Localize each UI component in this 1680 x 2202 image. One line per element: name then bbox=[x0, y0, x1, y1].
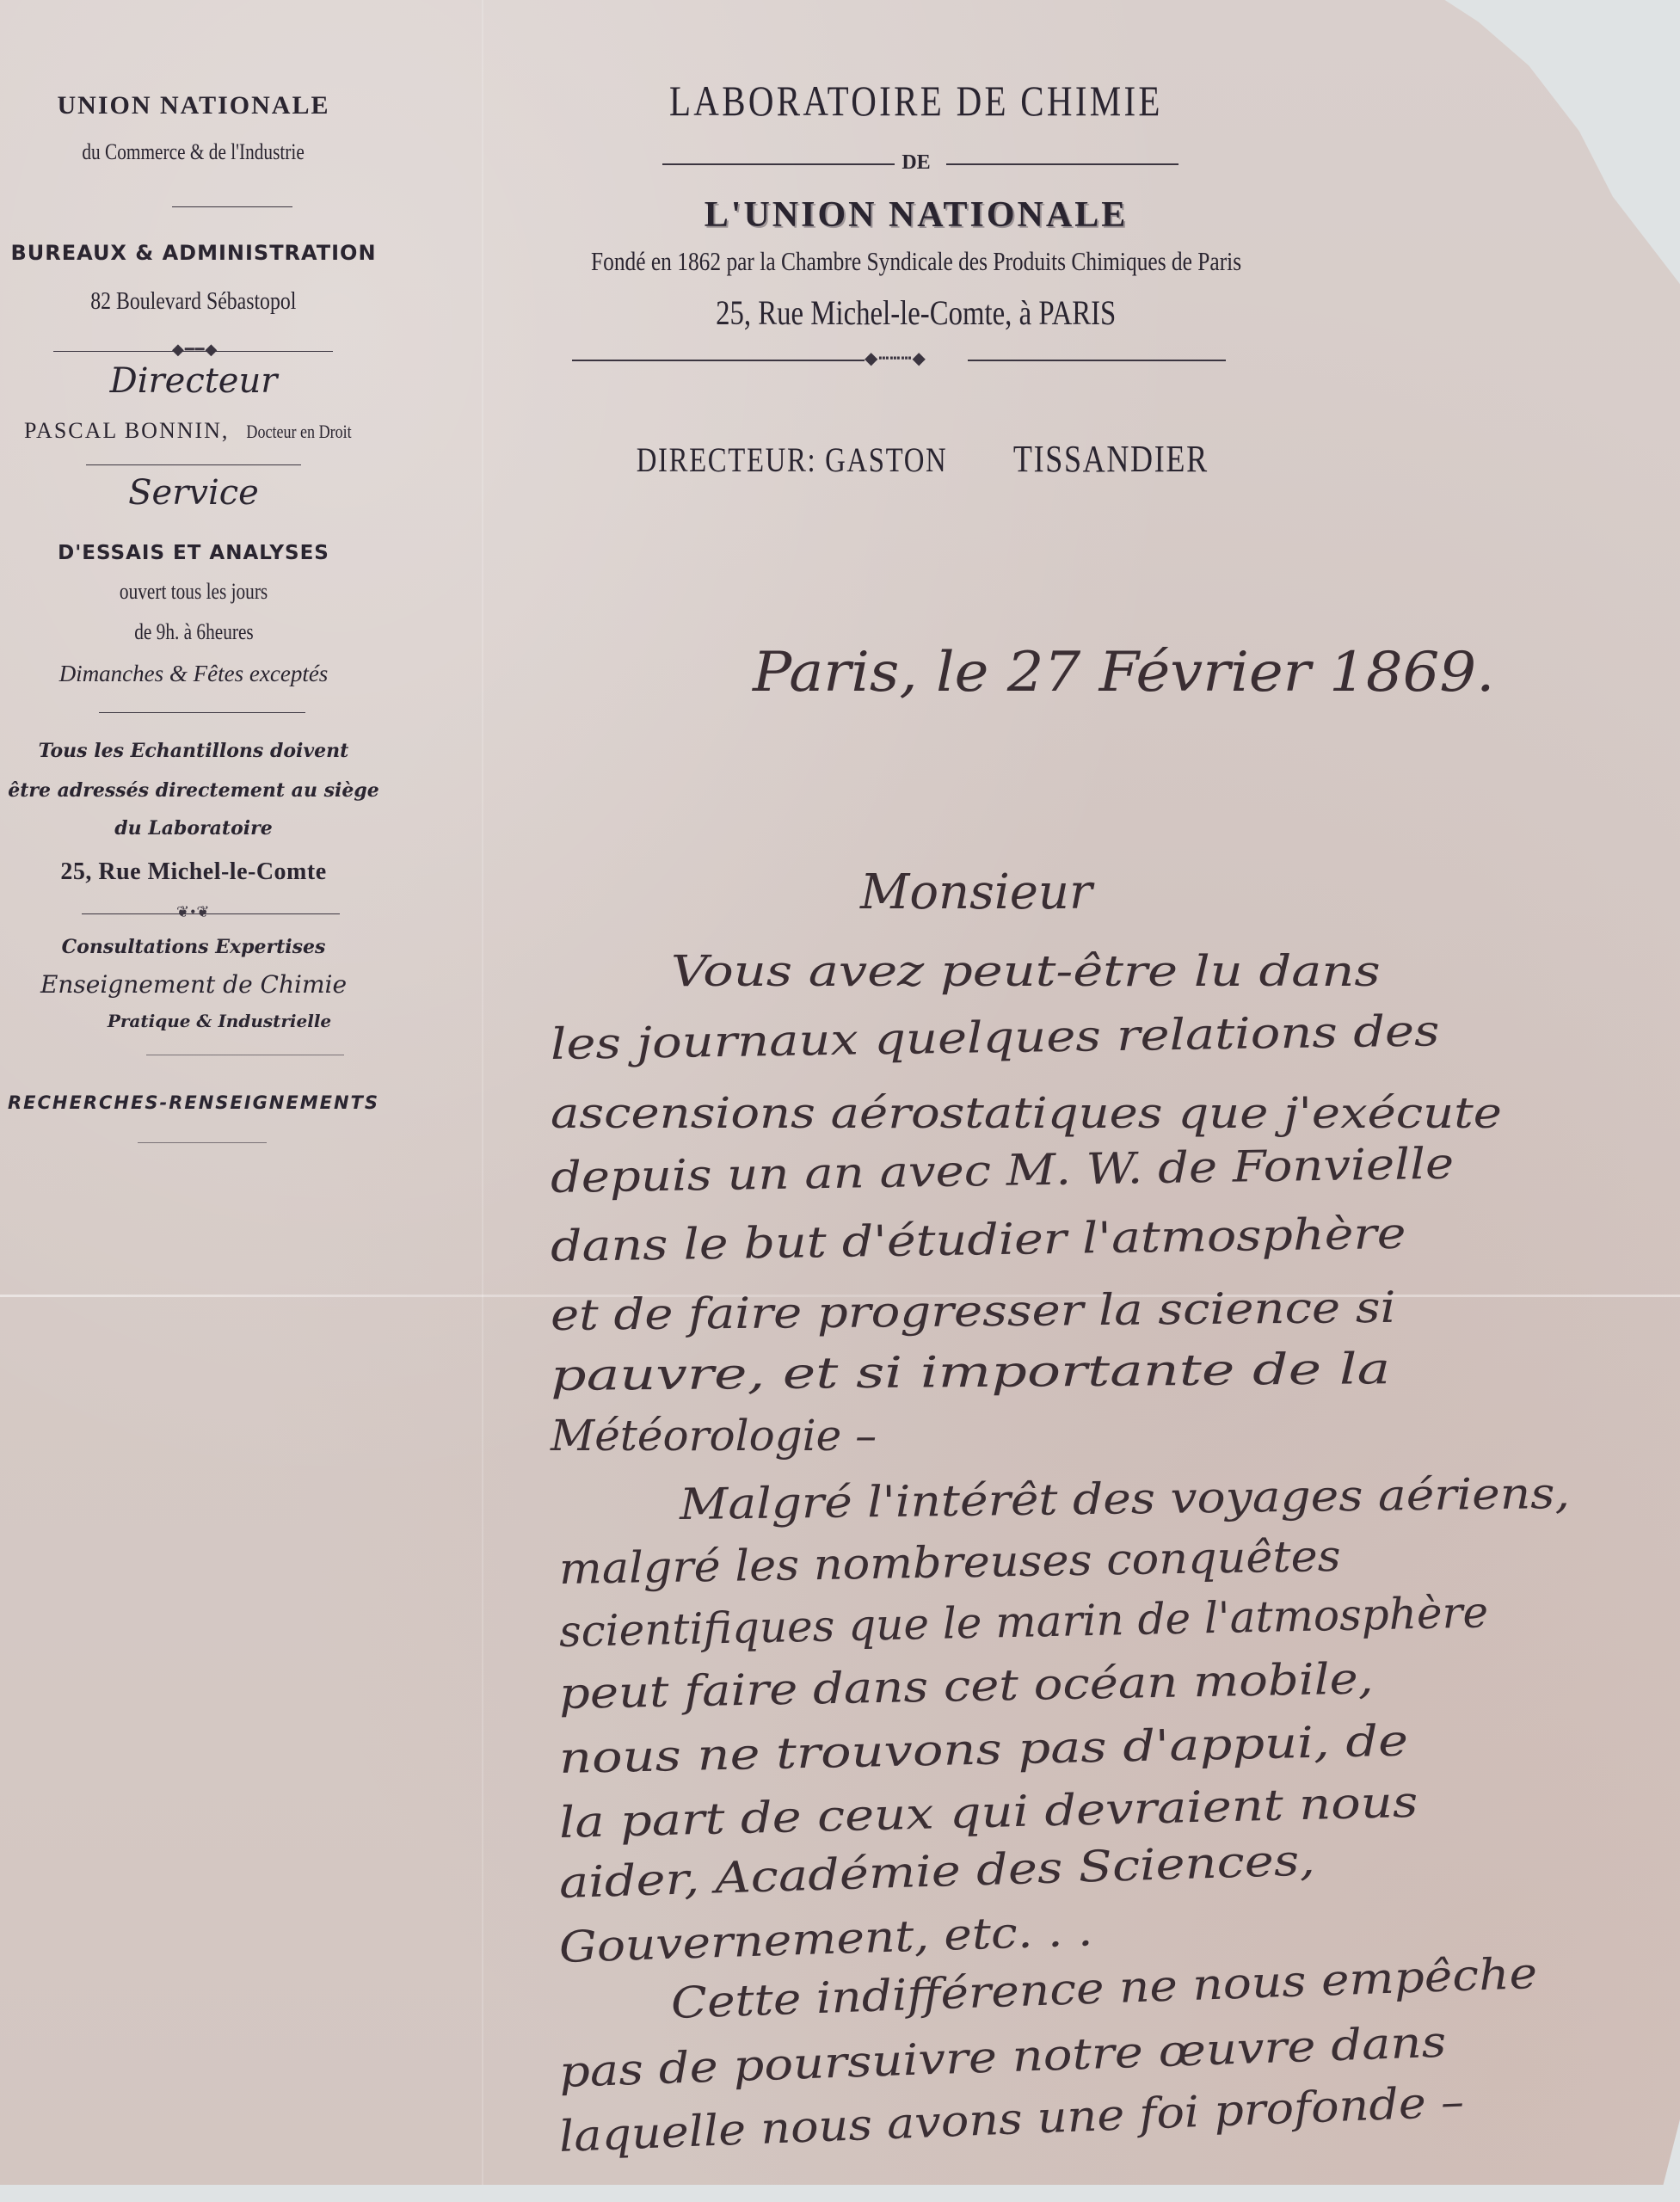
org-title: L'UNION NATIONALE bbox=[482, 194, 1351, 236]
divider bbox=[86, 464, 301, 465]
divider bbox=[172, 206, 292, 207]
hours-line-1: ouvert tous les jours bbox=[0, 579, 387, 605]
letter-line: peut faire dans cet océan mobile, bbox=[558, 1653, 1374, 1719]
research-line: RECHERCHES-RENSEIGNEMENTS bbox=[0, 1092, 387, 1113]
letter-line: les journaux quelques relations des bbox=[550, 1006, 1440, 1069]
salutation: Monsieur bbox=[860, 864, 1092, 920]
divider bbox=[99, 712, 305, 713]
offices-heading: BUREAUX & ADMINISTRATION bbox=[0, 241, 387, 265]
dateline: Paris, le 27 Février 1869. bbox=[753, 641, 1495, 704]
director-line: PASCAL BONNIN, Docteur en Droit bbox=[0, 418, 387, 444]
letter-line: Gouvernement, etc. . . bbox=[558, 1905, 1093, 1972]
samples-line-1: Tous les Echantillons doivent bbox=[0, 740, 387, 762]
lab-address: 25, Rue Michel-le-Comte bbox=[0, 858, 387, 886]
divider bbox=[82, 913, 340, 914]
letter-line: pauvre, et si importante de la bbox=[551, 1344, 1391, 1400]
ornament-icon: ❦•❦ bbox=[176, 903, 210, 921]
founded-line: Fondé en 1862 par la Chambre Syndicale d… bbox=[482, 246, 1351, 277]
service-name: D'ESSAIS ET ANALYSES bbox=[0, 542, 387, 564]
letter-line: Malgré l'intérêt des voyages aériens, bbox=[680, 1468, 1571, 1529]
director-heading: Directeur bbox=[0, 361, 387, 401]
letter-line: nous ne trouvons pas d'appui, de bbox=[558, 1716, 1409, 1783]
director-main: DIRECTEUR: GASTON TISSANDIER bbox=[482, 437, 1351, 481]
ornament-icon: ◆━━◆ bbox=[172, 341, 218, 359]
hours-line-2: de 9h. à 6heures bbox=[0, 619, 387, 645]
letter-sheet: UNION NATIONALE du Commerce & de l'Indus… bbox=[0, 0, 1680, 2185]
divider bbox=[138, 1142, 267, 1143]
lab-title: LABORATOIRE DE CHIMIE bbox=[482, 76, 1351, 126]
service-heading: Service bbox=[0, 473, 387, 513]
org-subtitle: du Commerce & de l'Industrie bbox=[0, 139, 387, 165]
divider bbox=[968, 360, 1226, 361]
letter-line: Météorologie – bbox=[551, 1411, 877, 1461]
letter-line: Vous avez peut-être lu dans bbox=[671, 946, 1381, 996]
divider bbox=[146, 1055, 344, 1055]
consult-line: Consultations Expertises bbox=[0, 936, 387, 958]
ornament-icon: ◆┅┅┅◆ bbox=[865, 348, 926, 369]
lab-address-main: 25, Rue Michel-le-Comte, à PARIS bbox=[482, 292, 1351, 333]
offices-address: 82 Boulevard Sébastopol bbox=[0, 287, 387, 316]
divider bbox=[572, 360, 865, 361]
hours-line-3: Dimanches & Fêtes exceptés bbox=[0, 661, 387, 687]
letter-line: et de faire progresser la science si bbox=[551, 1282, 1396, 1340]
org-name: UNION NATIONALE bbox=[0, 91, 387, 120]
letter-line: aider, Académie des Sciences, bbox=[558, 1835, 1316, 1908]
letter-line: malgré les nombreuses conquêtes bbox=[558, 1531, 1341, 1594]
letter-line: depuis un an avec M. W. de Fonvielle bbox=[550, 1139, 1454, 1202]
letter-line: dans le but d'étudier l'atmosphère bbox=[550, 1209, 1406, 1271]
samples-line-2: être adressés directement au siège bbox=[0, 779, 387, 802]
teaching-line: Enseignement de Chimie bbox=[0, 970, 387, 999]
letter-line: ascensions aérostatiques que j'exécute bbox=[551, 1088, 1502, 1138]
samples-line-3: du Laboratoire bbox=[0, 817, 387, 840]
connector-de: DE bbox=[482, 151, 1351, 175]
letter-line: scientifiques que le marin de l'atmosphè… bbox=[558, 1587, 1488, 1657]
divider bbox=[946, 163, 1178, 165]
teaching-sub: Pratique & Industrielle bbox=[0, 1011, 413, 1031]
